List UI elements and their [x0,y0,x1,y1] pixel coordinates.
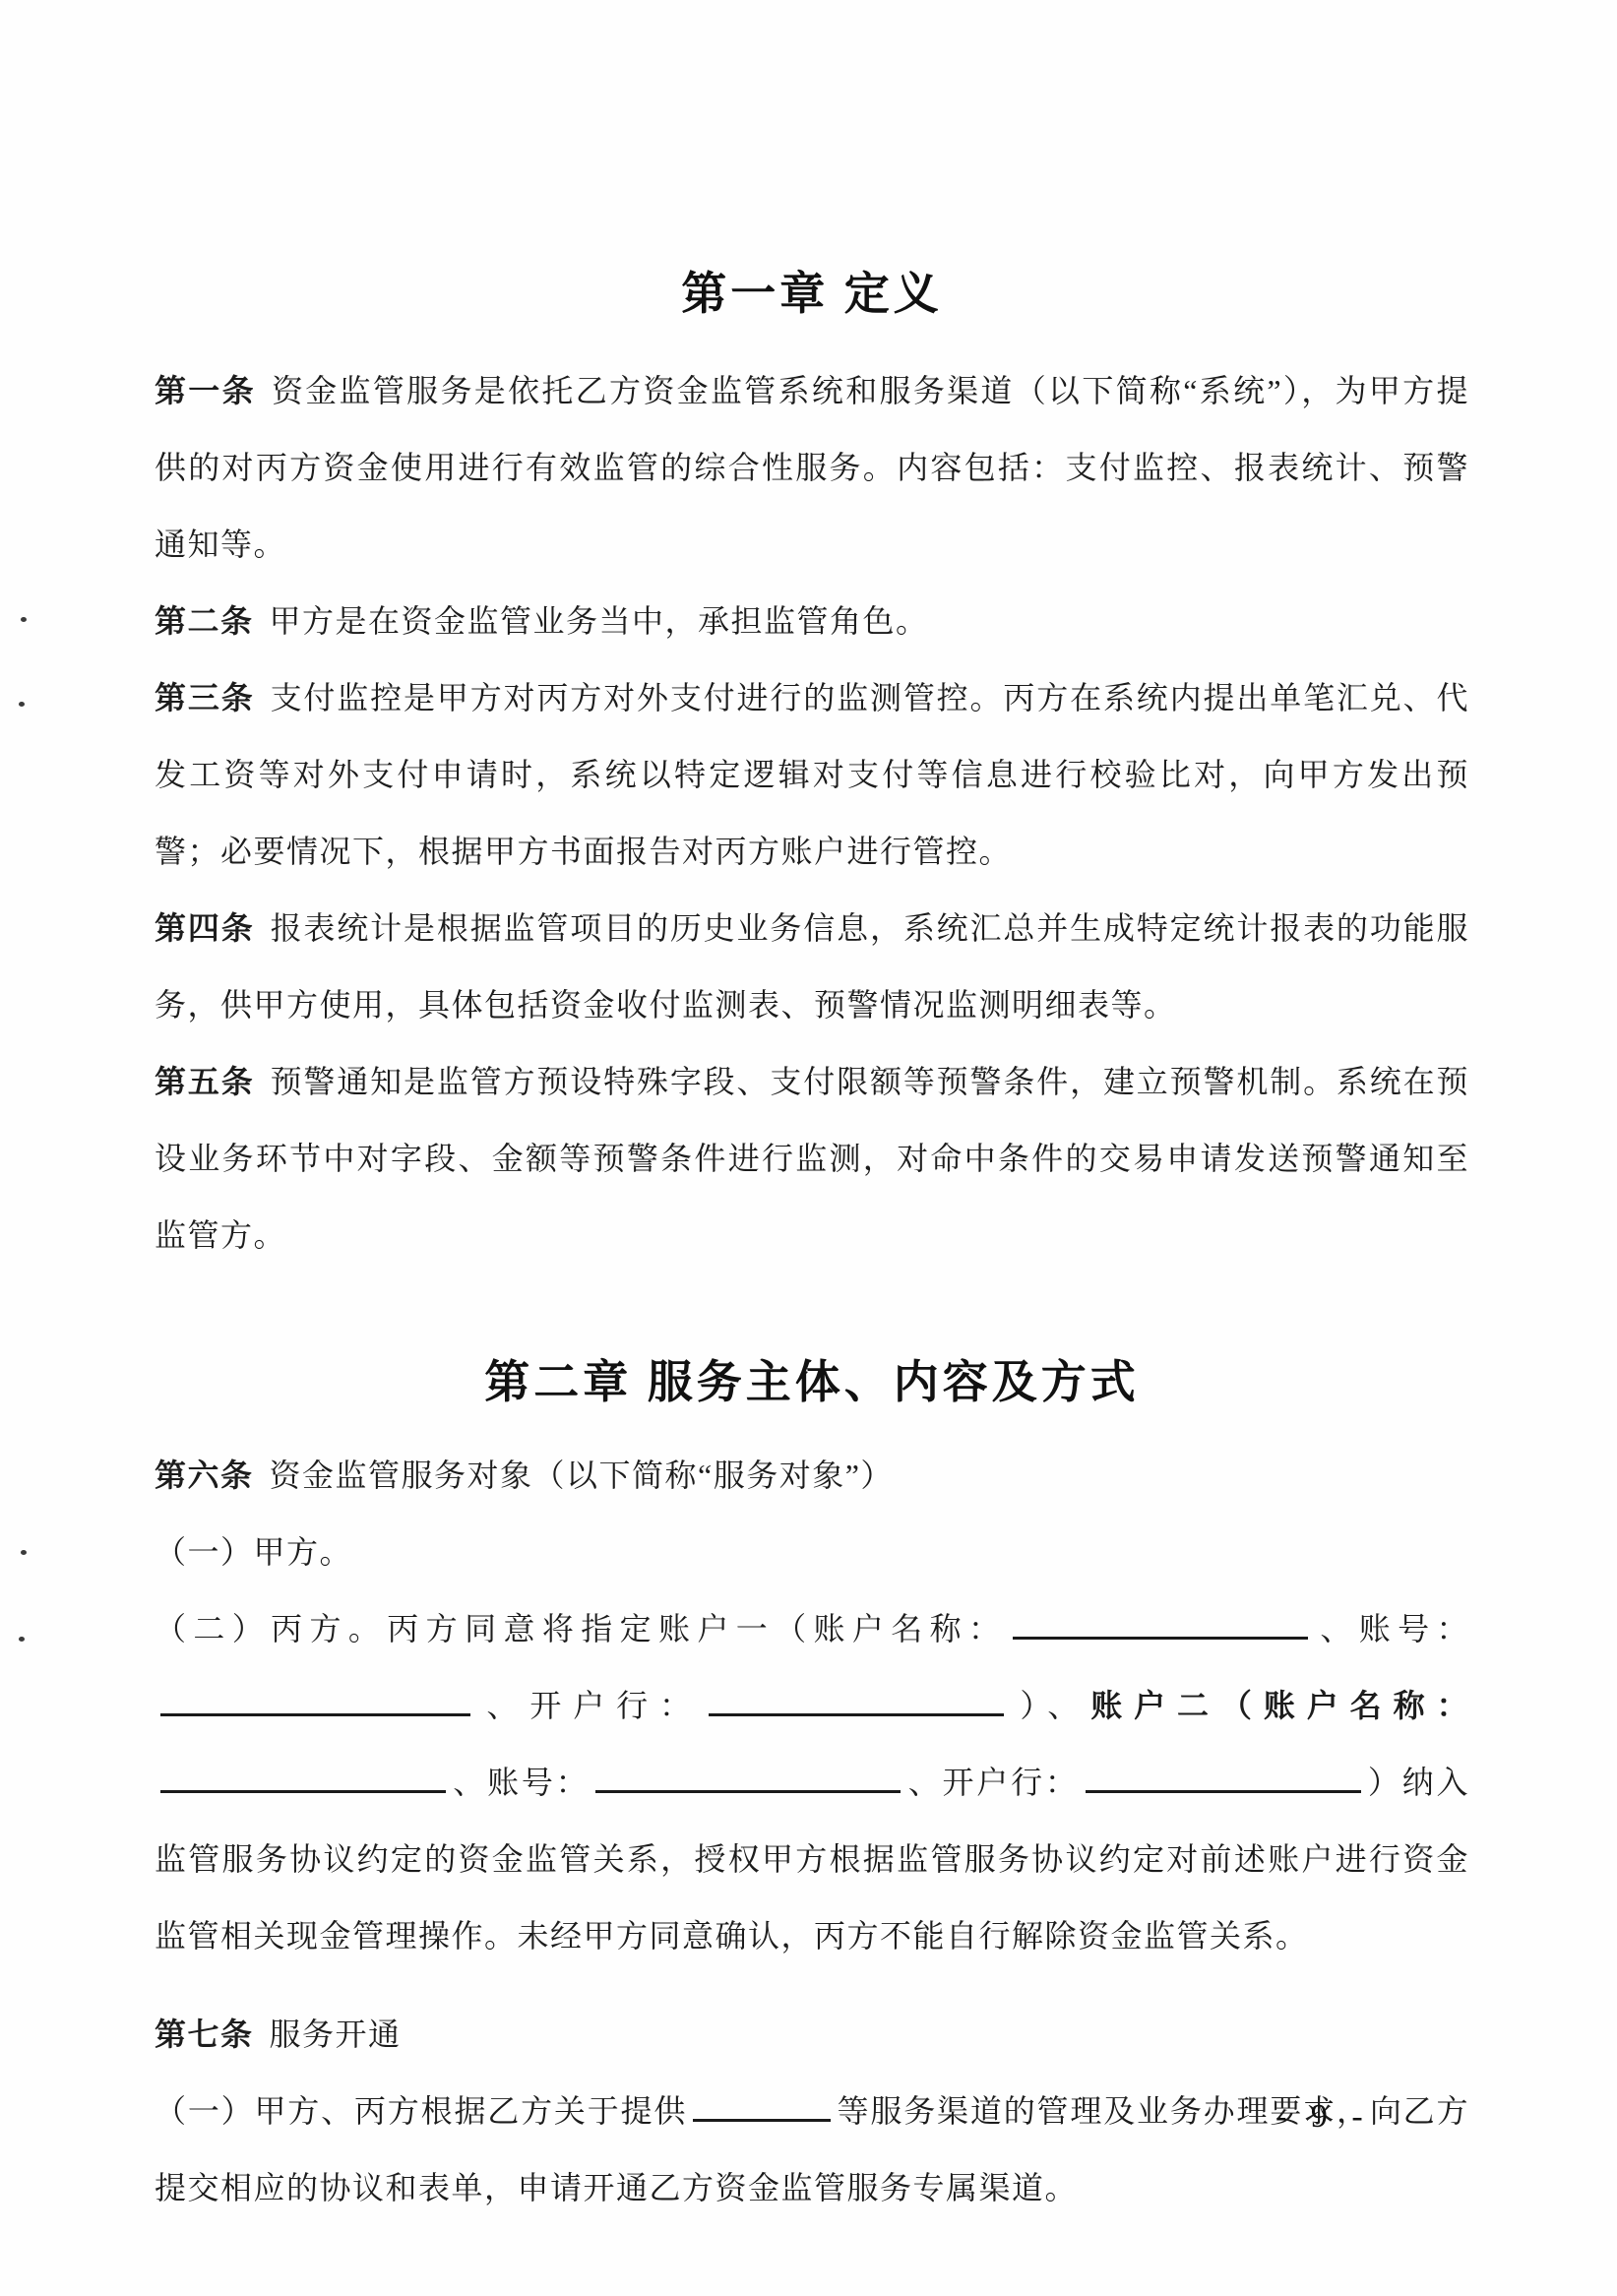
article-6-item-2: （二）丙方。丙方同意将指定账户一（账户名称：、账号：、开户行：）、账户二（账户名… [155,1590,1469,1974]
article-7-body: 服务开通 [270,2017,402,2052]
blank-account1-name [1013,1611,1308,1640]
item2-text: 、开户行： [476,1688,703,1723]
document-page: 第一章 定义 第一条资金监管服务是依托乙方资金监管系统和服务渠道（以下简称“系统… [0,0,1617,2296]
article-7-number: 第七条 [155,2017,254,2052]
blank-account2-bank [1086,1765,1361,1793]
article-5-body: 预警通知是监管方预设特殊字段、支付限额等预警条件，建立预警机制。系统在预设业务环… [155,1064,1469,1253]
article-1: 第一条资金监管服务是依托乙方资金监管系统和服务渠道（以下简称“系统”），为甲方提… [155,352,1469,583]
article-4-number: 第四条 [155,910,255,946]
scan-artifact-dot [21,617,27,622]
item2-text: （二）丙方。丙方同意将指定账户一（账户名称： [155,1611,1007,1646]
article-2: 第二条甲方是在资金监管业务当中，承担监管角色。 [155,583,1469,659]
item1-text: （一）甲方、丙方根据乙方关于提供 [155,2093,687,2129]
article-6-number: 第六条 [155,1458,254,1493]
item2-text: 行： [1011,1765,1080,1800]
page-number: - 9 - [1275,2098,1371,2136]
scan-artifact-dot [21,1550,27,1555]
article-1-number: 第一条 [155,373,256,408]
article-3-number: 第三条 [155,680,255,715]
scan-artifact-dot [19,702,25,707]
blank-account2-number [595,1765,901,1793]
article-4: 第四条报表统计是根据监管项目的历史业务信息，系统汇总并生成特定统计报表的功能服务… [155,890,1469,1043]
article-7-item-1: （一）甲方、丙方根据乙方关于提供等服务渠道的管理及业务办理要求，向乙方提交相应的… [155,2073,1469,2226]
chapter1-title: 第一章 定义 [155,258,1469,323]
blank-service-channel [693,2093,831,2122]
article-7: 第七条服务开通 [155,1996,1469,2073]
document-content: 第一章 定义 第一条资金监管服务是依托乙方资金监管系统和服务渠道（以下简称“系统… [155,258,1469,2226]
article-5-number: 第五条 [155,1064,255,1099]
article-1-body: 资金监管服务是依托乙方资金监管系统和服务渠道（以下简称“系统”），为甲方提供的对… [155,373,1469,562]
blank-account1-number [160,1688,470,1716]
item2-text: 、账号： [1314,1611,1469,1646]
article-2-number: 第二条 [155,603,254,639]
blank-account1-bank [709,1688,1004,1716]
article-6: 第六条资金监管服务对象（以下简称“服务对象”） [155,1437,1469,1514]
article-3: 第三条支付监控是甲方对丙方对外支付进行的监测管控。丙方在系统内提出单笔汇兑、代发… [155,659,1469,890]
article-4-body: 报表统计是根据监管项目的历史业务信息，系统汇总并生成特定统计报表的功能服务，供甲… [155,910,1469,1023]
article-6-body: 资金监管服务对象（以下简称“服务对象”） [270,1458,894,1493]
scan-artifact-dot [19,1637,25,1642]
item2-text: ）、 [1010,1688,1090,1723]
article-2-body: 甲方是在资金监管业务当中，承担监管角色。 [270,603,929,639]
article-6-item-1: （一）甲方。 [155,1514,1469,1590]
item2-text: 、账号： [452,1765,590,1800]
article-3-body: 支付监控是甲方对丙方对外支付进行的监测管控。丙方在系统内提出单笔汇兑、代发工资等… [155,680,1469,869]
article-5: 第五条预警通知是监管方预设特殊字段、支付限额等预警条件，建立预警机制。系统在预设… [155,1043,1469,1273]
blank-account2-name [160,1765,446,1793]
item2-text-account2: 账户二（账户名称： [1090,1688,1469,1723]
chapter2-title: 第二章 服务主体、内容及方式 [155,1346,1469,1411]
item2-text: 、开户 [906,1765,1011,1800]
